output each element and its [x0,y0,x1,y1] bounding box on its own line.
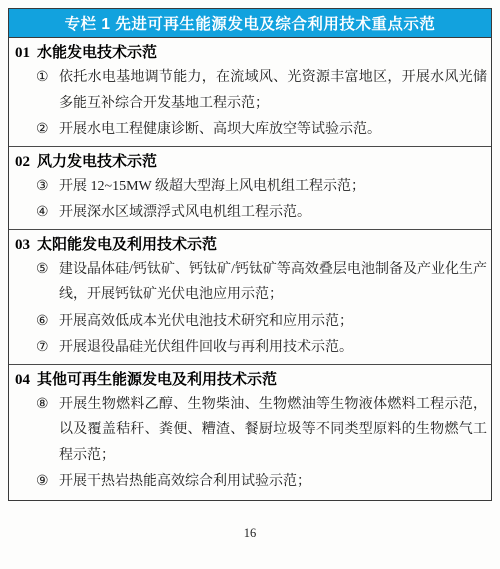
section-number: 01 [15,45,30,61]
section-title: 水能发电技术示范 [37,45,157,61]
section-title: 风力发电技术示范 [37,154,157,170]
list-item: ⑤ 建设晶体硅/钙钛矿、钙钛矿/钙钛矿等高效叠层电池制备及产业化生产线，开展钙钛… [9,257,491,308]
list-item: ④ 开展深水区域漂浮式风电机组工程示范。 [9,200,491,226]
item-text: 建设晶体硅/钙钛矿、钙钛矿/钙钛矿等高效叠层电池制备及产业化生产线，开展钙钛矿光… [59,257,487,308]
list-item: ② 开展水电工程健康诊断、高坝大库放空等试验示范。 [9,117,491,143]
item-text: 开展干热岩热能高效综合利用试验示范； [59,469,487,495]
item-text: 开展生物燃料乙醇、生物柴油、生物燃油等生物液体燃料工程示范，以及覆盖秸秆、粪便、… [59,392,487,469]
item-number-circled: ⑨ [36,469,59,495]
item-text: 开展退役晶硅光伏组件回收与再利用技术示范。 [59,335,487,361]
list-item: ⑦ 开展退役晶硅光伏组件回收与再利用技术示范。 [9,335,491,361]
section-heading: 03太阳能发电及利用技术示范 [9,232,491,257]
section-heading: 01水能发电技术示范 [9,40,491,65]
item-number-circled: ⑧ [36,392,59,418]
item-number-circled: ② [36,117,59,143]
item-number-circled: ⑦ [36,335,59,361]
box-title-bar: 专栏 1 先进可再生能源发电及综合利用技术重点示范 [9,9,491,38]
item-text: 开展 12~15MW 级超大型海上风电机组工程示范； [59,174,487,200]
item-text: 开展高效低成本光伏电池技术研究和应用示范； [59,309,487,335]
item-text: 依托水电基地调节能力，在流域风、光资源丰富地区，开展水风光储多能互补综合开发基地… [59,65,487,116]
section-heading: 02风力发电技术示范 [9,149,491,174]
section-solar-power: 03太阳能发电及利用技术示范 ⑤ 建设晶体硅/钙钛矿、钙钛矿/钙钛矿等高效叠层电… [9,230,491,365]
item-number-circled: ③ [36,174,59,200]
page-number: 16 [0,526,500,541]
item-number-circled: ④ [36,200,59,226]
section-hydro-power: 01水能发电技术示范 ① 依托水电基地调节能力，在流域风、光资源丰富地区，开展水… [9,38,491,147]
section-number: 03 [15,237,30,253]
box-title: 专栏 1 先进可再生能源发电及综合利用技术重点示范 [65,12,436,34]
section-title: 其他可再生能源发电及利用技术示范 [37,372,277,388]
item-text: 开展深水区域漂浮式风电机组工程示范。 [59,200,487,226]
section-heading: 04其他可再生能源发电及利用技术示范 [9,367,491,392]
section-other-renewables: 04其他可再生能源发电及利用技术示范 ⑧ 开展生物燃料乙醇、生物柴油、生物燃油等… [9,365,491,498]
item-number-circled: ⑥ [36,309,59,335]
item-number-circled: ⑤ [36,257,59,283]
section-title: 太阳能发电及利用技术示范 [37,237,217,253]
list-item: ⑨ 开展干热岩热能高效综合利用试验示范； [9,469,491,495]
feature-box: 专栏 1 先进可再生能源发电及综合利用技术重点示范 01水能发电技术示范 ① 依… [8,8,492,501]
document-page: 专栏 1 先进可再生能源发电及综合利用技术重点示范 01水能发电技术示范 ① 依… [0,0,500,569]
list-item: ⑧ 开展生物燃料乙醇、生物柴油、生物燃油等生物液体燃料工程示范，以及覆盖秸秆、粪… [9,392,491,469]
section-number: 02 [15,154,30,170]
section-wind-power: 02风力发电技术示范 ③ 开展 12~15MW 级超大型海上风电机组工程示范； … [9,147,491,230]
list-item: ⑥ 开展高效低成本光伏电池技术研究和应用示范； [9,309,491,335]
section-number: 04 [15,372,30,388]
list-item: ③ 开展 12~15MW 级超大型海上风电机组工程示范； [9,174,491,200]
item-text: 开展水电工程健康诊断、高坝大库放空等试验示范。 [59,117,487,143]
list-item: ① 依托水电基地调节能力，在流域风、光资源丰富地区，开展水风光储多能互补综合开发… [9,65,491,116]
item-number-circled: ① [36,65,59,91]
